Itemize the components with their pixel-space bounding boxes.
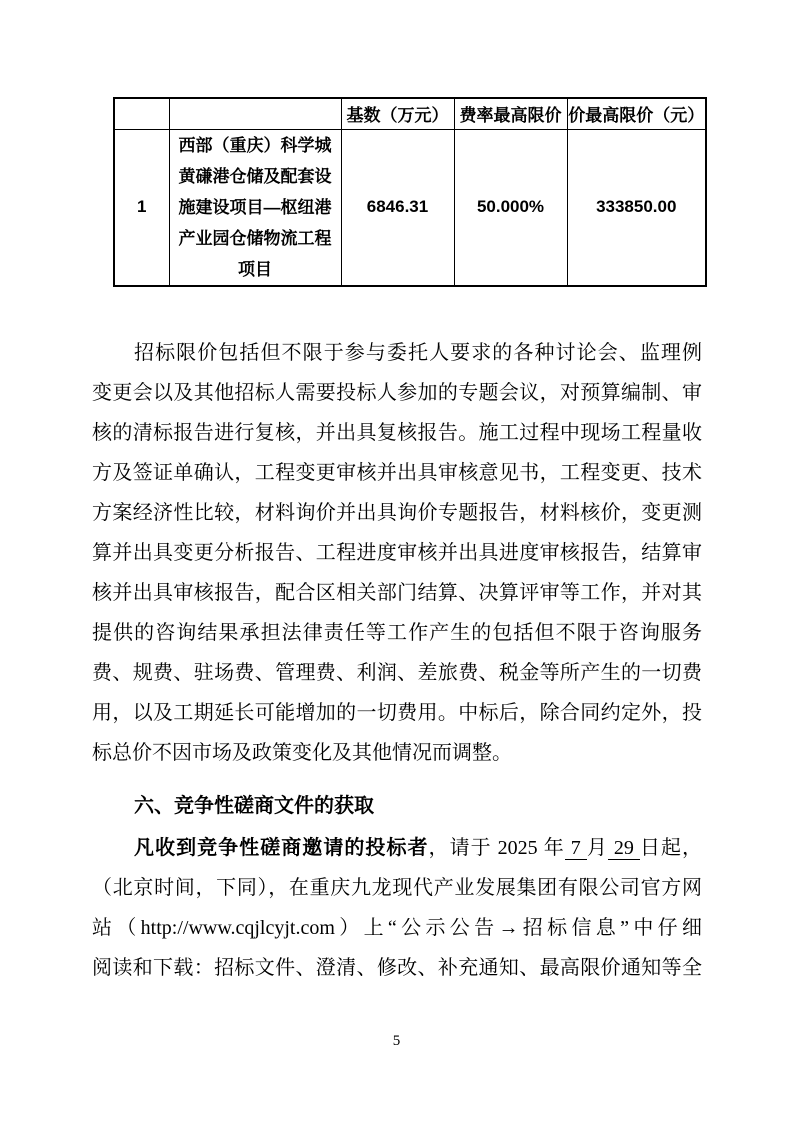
paragraph-line: 用，以及工期延长可能增加的一切费用。中标后，除合同约定外，投 [92, 693, 702, 733]
paragraph-line: 核并出具审核报告，配合区相关部门结算、决算评审等工作，并对其 [92, 573, 702, 613]
project-name-line: 施建设项目—枢纽港 [170, 192, 341, 223]
paragraph-line: 阅读和下载：招标文件、澄清、修改、补充通知、最高限价通知等全 [92, 948, 702, 988]
cell-project-name: 西部（重庆）科学城 黄磏港仓储及配套设 施建设项目—枢纽港 产业园仓储物流工程 … [169, 129, 341, 286]
section-heading: 六、竞争性磋商文件的获取 [92, 786, 702, 826]
project-name-line: 黄磏港仓储及配套设 [170, 161, 341, 192]
header-project [169, 98, 341, 129]
plain-text: 月 [587, 837, 608, 859]
paragraph-line: 招标限价包括但不限于参与委托人要求的各种讨论会、监理例会、 [92, 333, 702, 373]
header-price-cap: 价最高限价（元） [567, 98, 706, 129]
plain-text: ，请于 2025 年 [429, 837, 565, 859]
plain-text: 日起， [640, 837, 702, 859]
header-base: 基数（万元） [341, 98, 454, 129]
price-cap-table: 基数（万元） 费率最高限价 价最高限价（元） 1 西部（重庆）科学城 黄磏港仓储… [113, 97, 707, 287]
table-header-row: 基数（万元） 费率最高限价 价最高限价（元） [114, 98, 706, 129]
underlined-month-day: 29 [608, 837, 640, 860]
paragraph-line: 标总价不因市场及政策变化及其他情况而调整。 [92, 733, 702, 773]
header-seq [114, 98, 169, 129]
document-page: 基数（万元） 费率最高限价 价最高限价（元） 1 西部（重庆）科学城 黄磏港仓储… [0, 0, 793, 1122]
project-name-line: 产业园仓储物流工程 [170, 223, 341, 254]
paragraph-line: 变更会以及其他招标人需要投标人参加的专题会议，对预算编制、审 [92, 373, 702, 413]
paragraph-line: 方及签证单确认，工程变更审核并出具审核意见书，工程变更、技术 [92, 453, 702, 493]
table-row: 1 西部（重庆）科学城 黄磏港仓储及配套设 施建设项目—枢纽港 产业园仓储物流工… [114, 129, 706, 286]
paragraph-tender-price-scope: 招标限价包括但不限于参与委托人要求的各种讨论会、监理例会、 变更会以及其他招标人… [92, 333, 702, 773]
cell-seq: 1 [114, 129, 169, 286]
paragraph-line: 核的清标报告进行复核，并出具复核报告。施工过程中现场工程量收 [92, 413, 702, 453]
paragraph-line: 提供的咨询结果承担法律责任等工作产生的包括但不限于咨询服务 [92, 613, 702, 653]
project-name-line: 项目 [170, 254, 341, 285]
cell-price-cap: 333850.00 [567, 129, 706, 286]
project-name-line: 西部（重庆）科学城 [170, 130, 341, 161]
paragraph-line-mixed: 凡收到竞争性磋商邀请的投标者，请于 2025 年 7 月 29 日起， [92, 828, 702, 868]
cell-base-amount: 6846.31 [341, 129, 454, 286]
underlined-month-day: 7 [565, 837, 587, 860]
page-number: 5 [0, 1033, 793, 1050]
paragraph-line: （北京时间，下同），在重庆九龙现代产业发展集团有限公司官方网 [92, 868, 702, 908]
paragraph-document-acquisition: 凡收到竞争性磋商邀请的投标者，请于 2025 年 7 月 29 日起， （北京时… [92, 828, 702, 988]
paragraph-line: 算并出具变更分析报告、工程进度审核并出具进度审核报告，结算审 [92, 533, 702, 573]
bold-lead-text: 凡收到竞争性磋商邀请的投标者 [134, 837, 429, 859]
header-rate-cap: 费率最高限价 [454, 98, 567, 129]
paragraph-line: 站（http://www.cqjlcyjt.com）上“公示公告→招标信息”中仔… [92, 908, 702, 948]
paragraph-line: 费、规费、驻场费、管理费、利润、差旅费、税金等所产生的一切费 [92, 653, 702, 693]
paragraph-line: 方案经济性比较，材料询价并出具询价专题报告，材料核价，变更测 [92, 493, 702, 533]
cell-rate-cap: 50.000% [454, 129, 567, 286]
